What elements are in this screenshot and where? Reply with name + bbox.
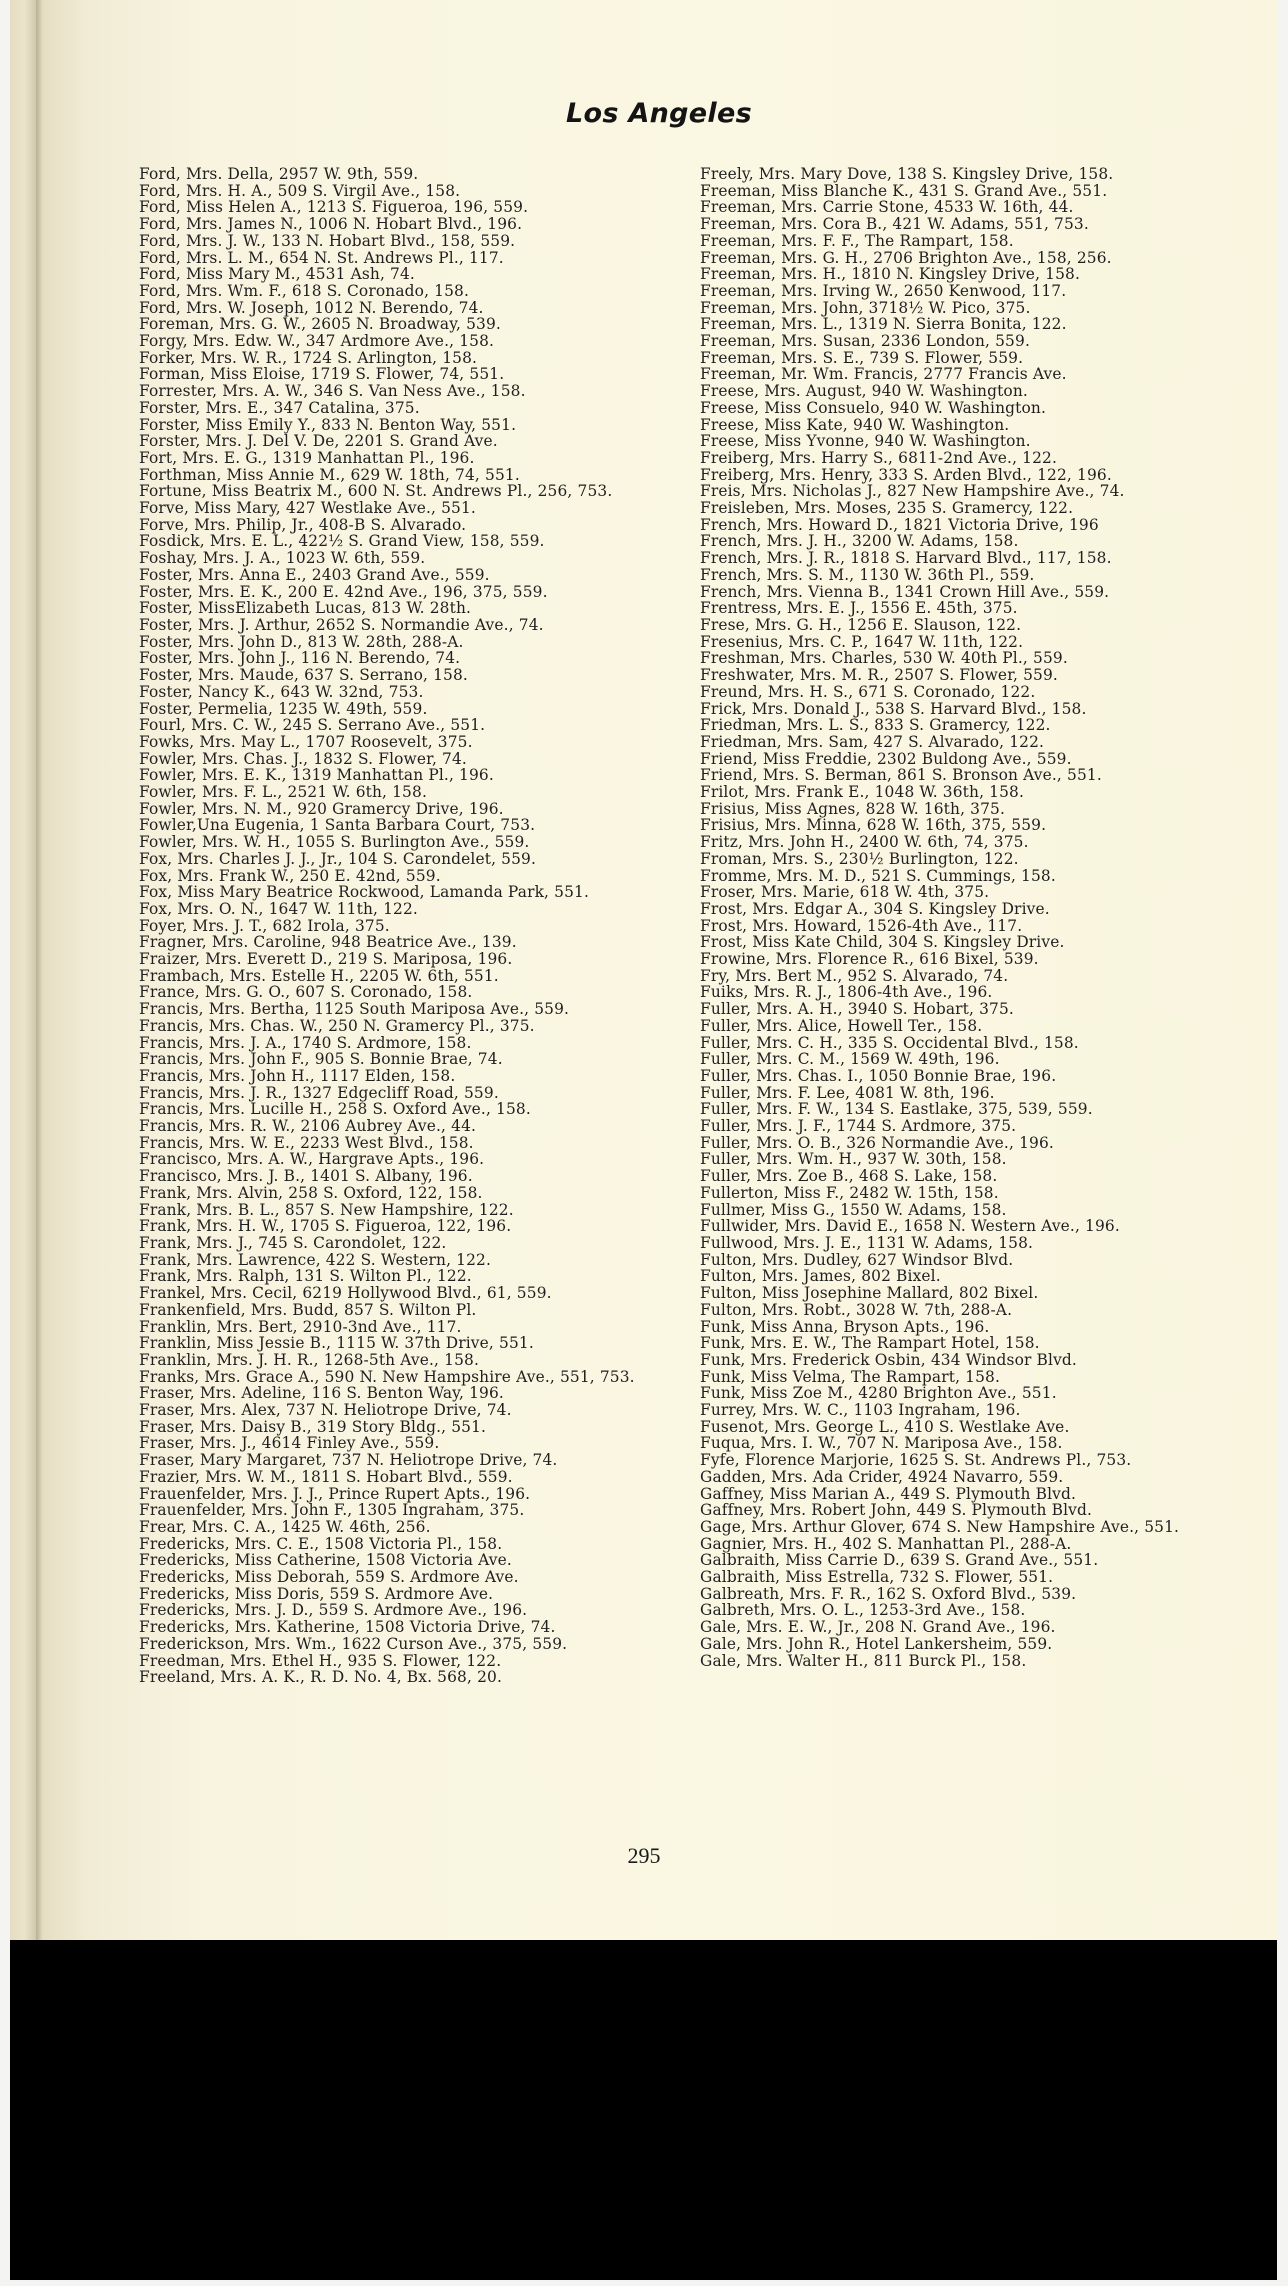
directory-entry: Freeman, Mrs. Cora B., 421 W. Adams, 551… [700, 216, 1222, 233]
directory-entry: Fredericks, Mrs. Katherine, 1508 Victori… [139, 1619, 659, 1636]
directory-entry: Forthman, Miss Annie M., 629 W. 18th, 74… [139, 467, 659, 484]
directory-entry: Gaffney, Miss Marian A., 449 S. Plymouth… [700, 1486, 1222, 1503]
directory-entry: Frederickson, Mrs. Wm., 1622 Curson Ave.… [139, 1636, 659, 1653]
directory-entry: Fowler, Mrs. N. M., 920 Gramercy Drive, … [139, 801, 659, 818]
directory-entry: Foster, Mrs. E. K., 200 E. 42nd Ave., 19… [139, 584, 659, 601]
directory-entry: Galbreath, Mrs. F. R., 162 S. Oxford Blv… [700, 1586, 1222, 1603]
directory-entry: Fox, Miss Mary Beatrice Rockwood, Lamand… [139, 884, 659, 901]
directory-entry: Freeman, Mrs. S. E., 739 S. Flower, 559. [700, 350, 1222, 367]
directory-entry: Gale, Mrs. Walter H., 811 Burck Pl., 158… [700, 1653, 1222, 1670]
page-title-text: Los Angeles [566, 98, 752, 129]
directory-entry: Fulton, Mrs. James, 802 Bixel. [700, 1268, 1222, 1285]
directory-entry: Frear, Mrs. C. A., 1425 W. 46th, 256. [139, 1519, 659, 1536]
directory-entry: Fuller, Mrs. C. H., 335 S. Occidental Bl… [700, 1035, 1222, 1052]
directory-entry: Frilot, Mrs. Frank E., 1048 W. 36th, 158… [700, 784, 1222, 801]
directory-entry: Frazier, Mrs. W. M., 1811 S. Hobart Blvd… [139, 1469, 659, 1486]
directory-entry: Fraser, Mrs. Alex, 737 N. Heliotrope Dri… [139, 1402, 659, 1419]
directory-entry: Forve, Mrs. Philip, Jr., 408-B S. Alvara… [139, 517, 659, 534]
directory-entry: Freeman, Mrs. H., 1810 N. Kingsley Drive… [700, 266, 1222, 283]
directory-entry: Foster, Mrs. Anna E., 2403 Grand Ave., 5… [139, 567, 659, 584]
directory-entry: Freese, Miss Consuelo, 940 W. Washington… [700, 400, 1222, 417]
directory-entry: Friend, Miss Freddie, 2302 Buldong Ave.,… [700, 751, 1222, 768]
directory-entry: Funk, Miss Velma, The Rampart, 158. [700, 1369, 1222, 1386]
directory-entry: Foyer, Mrs. J. T., 682 Irola, 375. [139, 918, 659, 935]
directory-entry: Frank, Mrs. J., 745 S. Carondolet, 122. [139, 1235, 659, 1252]
directory-entry: Ford, Mrs. Wm. F., 618 S. Coronado, 158. [139, 283, 659, 300]
directory-entry: Franklin, Mrs. Bert, 2910-3nd Ave., 117. [139, 1319, 659, 1336]
directory-entry: Fraser, Mary Margaret, 737 N. Heliotrope… [139, 1452, 659, 1469]
directory-entry: Ford, Mrs. W. Joseph, 1012 N. Berendo, 7… [139, 300, 659, 317]
directory-entry: Fortune, Miss Beatrix M., 600 N. St. And… [139, 483, 659, 500]
directory-entry: Fuqua, Mrs. I. W., 707 N. Mariposa Ave.,… [700, 1435, 1222, 1452]
directory-entry: Frauenfelder, Mrs. J. J., Prince Rupert … [139, 1486, 659, 1503]
directory-entry: Foster, Permelia, 1235 W. 49th, 559. [139, 701, 659, 718]
directory-entry: Fowler, Mrs. F. L., 2521 W. 6th, 158. [139, 784, 659, 801]
directory-entry: Friend, Mrs. S. Berman, 861 S. Bronson A… [700, 767, 1222, 784]
directory-entry: Forster, Mrs. E., 347 Catalina, 375. [139, 400, 659, 417]
directory-entry: Freese, Miss Kate, 940 W. Washington. [700, 417, 1222, 434]
directory-entry: Ford, Mrs. Della, 2957 W. 9th, 559. [139, 166, 659, 183]
directory-entry: Fuller, Mrs. J. F., 1744 S. Ardmore, 375… [700, 1118, 1222, 1135]
directory-entry: Freese, Mrs. August, 940 W. Washington. [700, 383, 1222, 400]
directory-entry: France, Mrs. G. O., 607 S. Coronado, 158… [139, 984, 659, 1001]
directory-entry: Frambach, Mrs. Estelle H., 2205 W. 6th, … [139, 968, 659, 985]
directory-entry: Freeman, Mrs. John, 3718½ W. Pico, 375. [700, 300, 1222, 317]
directory-entry: Frank, Mrs. Ralph, 131 S. Wilton Pl., 12… [139, 1268, 659, 1285]
directory-entry: Fuller, Mrs. C. M., 1569 W. 49th, 196. [700, 1051, 1222, 1068]
directory-entry: Frost, Mrs. Howard, 1526-4th Ave., 117. [700, 918, 1222, 935]
directory-entry: Fox, Mrs. Charles J. J., Jr., 104 S. Car… [139, 851, 659, 868]
directory-entry: Fresenius, Mrs. C. P., 1647 W. 11th, 122… [700, 634, 1222, 651]
directory-entry: Fulton, Mrs. Dudley, 627 Windsor Blvd. [700, 1252, 1222, 1269]
directory-entry: Franks, Mrs. Grace A., 590 N. New Hampsh… [139, 1369, 659, 1386]
directory-entry: Funk, Miss Zoe M., 4280 Brighton Ave., 5… [700, 1385, 1222, 1402]
directory-entry: Ford, Mrs. James N., 1006 N. Hobart Blvd… [139, 216, 659, 233]
page-number: 295 [0, 1843, 1288, 1869]
page-number-text: 295 [628, 1843, 661, 1868]
directory-entry: Forman, Miss Eloise, 1719 S. Flower, 74,… [139, 366, 659, 383]
directory-entry: Fuller, Mrs. Zoe B., 468 S. Lake, 158. [700, 1168, 1222, 1185]
directory-entry: Freese, Miss Yvonne, 940 W. Washington. [700, 433, 1222, 450]
directory-entry: Freeman, Mrs. L., 1319 N. Sierra Bonita,… [700, 316, 1222, 333]
directory-entry: Frank, Mrs. Alvin, 258 S. Oxford, 122, 1… [139, 1185, 659, 1202]
directory-entry: Freiberg, Mrs. Harry S., 6811-2nd Ave., … [700, 450, 1222, 467]
directory-entry: Ford, Mrs. H. A., 509 S. Virgil Ave., 15… [139, 183, 659, 200]
directory-entry: Frese, Mrs. G. H., 1256 E. Slauson, 122. [700, 617, 1222, 634]
directory-entry: Freshwater, Mrs. M. R., 2507 S. Flower, … [700, 667, 1222, 684]
directory-entry: Foster, Mrs. John D., 813 W. 28th, 288-A… [139, 634, 659, 651]
directory-entry: Friedman, Mrs. L. S., 833 S. Gramercy, 1… [700, 717, 1222, 734]
directory-entry: Friedman, Mrs. Sam, 427 S. Alvarado, 122… [700, 734, 1222, 751]
directory-entry: Francis, Mrs. John H., 1117 Elden, 158. [139, 1068, 659, 1085]
directory-entry: Fowler, Mrs. E. K., 1319 Manhattan Pl., … [139, 767, 659, 784]
directory-entry: Frank, Mrs. H. W., 1705 S. Figueroa, 122… [139, 1218, 659, 1235]
directory-entry: Francis, Mrs. J. R., 1327 Edgecliff Road… [139, 1085, 659, 1102]
directory-entry: Foshay, Mrs. J. A., 1023 W. 6th, 559. [139, 550, 659, 567]
directory-entry: Fuller, Mrs. Chas. I., 1050 Bonnie Brae,… [700, 1068, 1222, 1085]
directory-entry: French, Mrs. J. H., 3200 W. Adams, 158. [700, 533, 1222, 550]
directory-entry: Forve, Miss Mary, 427 Westlake Ave., 551… [139, 500, 659, 517]
directory-entry: Fredericks, Miss Deborah, 559 S. Ardmore… [139, 1569, 659, 1586]
directory-entry: Frisius, Mrs. Minna, 628 W. 16th, 375, 5… [700, 817, 1222, 834]
directory-entry: Fuller, Mrs. A. H., 3940 S. Hobart, 375. [700, 1001, 1222, 1018]
directory-entry: Ford, Mrs. J. W., 133 N. Hobart Blvd., 1… [139, 233, 659, 250]
directory-entry: Funk, Mrs. Frederick Osbin, 434 Windsor … [700, 1352, 1222, 1369]
directory-entry: Fraizer, Mrs. Everett D., 219 S. Maripos… [139, 951, 659, 968]
directory-entry: Franklin, Mrs. J. H. R., 1268-5th Ave., … [139, 1352, 659, 1369]
directory-entry: Fox, Mrs. Frank W., 250 E. 42nd, 559. [139, 868, 659, 885]
directory-entry: Freisleben, Mrs. Moses, 235 S. Gramercy,… [700, 500, 1222, 517]
directory-entry: Freeman, Mrs. F. F., The Rampart, 158. [700, 233, 1222, 250]
directory-entry: Fuller, Mrs. F. W., 134 S. Eastlake, 375… [700, 1101, 1222, 1118]
left-column-entries: Ford, Mrs. Della, 2957 W. 9th, 559.Ford,… [139, 166, 659, 1686]
directory-entry: Forrester, Mrs. A. W., 346 S. Van Ness A… [139, 383, 659, 400]
directory-entry: Galbraith, Miss Estrella, 732 S. Flower,… [700, 1569, 1222, 1586]
directory-entry: Fritz, Mrs. John H., 2400 W. 6th, 74, 37… [700, 834, 1222, 851]
directory-entry: Fragner, Mrs. Caroline, 948 Beatrice Ave… [139, 934, 659, 951]
directory-entry: Foster, Mrs. J. Arthur, 2652 S. Normandi… [139, 617, 659, 634]
directory-entry: Francisco, Mrs. A. W., Hargrave Apts., 1… [139, 1151, 659, 1168]
directory-entry: Freeman, Mrs. Irving W., 2650 Kenwood, 1… [700, 283, 1222, 300]
directory-entry: Freshman, Mrs. Charles, 530 W. 40th Pl.,… [700, 650, 1222, 667]
directory-entry: Fraser, Mrs. Adeline, 116 S. Benton Way,… [139, 1385, 659, 1402]
directory-entry: Galbreth, Mrs. O. L., 1253-3rd Ave., 158… [700, 1602, 1222, 1619]
directory-entry: Frowine, Mrs. Florence R., 616 Bixel, 53… [700, 951, 1222, 968]
directory-entry: Gadden, Mrs. Ada Crider, 4924 Navarro, 5… [700, 1469, 1222, 1486]
directory-entry: Fredericks, Mrs. C. E., 1508 Victoria Pl… [139, 1536, 659, 1553]
directory-entry: Francisco, Mrs. J. B., 1401 S. Albany, 1… [139, 1168, 659, 1185]
directory-entry: Freeman, Mrs. G. H., 2706 Brighton Ave.,… [700, 250, 1222, 267]
directory-entry: Freiberg, Mrs. Henry, 333 S. Arden Blvd.… [700, 467, 1222, 484]
directory-entry: Francis, Mrs. W. E., 2233 West Blvd., 15… [139, 1135, 659, 1152]
directory-entry: Forster, Miss Emily Y., 833 N. Benton Wa… [139, 417, 659, 434]
page-spine-shadow [36, 0, 42, 1940]
directory-entry: Fuller, Mrs. O. B., 326 Normandie Ave., … [700, 1135, 1222, 1152]
directory-entry: Fullwider, Mrs. David E., 1658 N. Wester… [700, 1218, 1222, 1235]
directory-entry: Franklin, Miss Jessie B., 1115 W. 37th D… [139, 1335, 659, 1352]
directory-entry: Frankel, Mrs. Cecil, 6219 Hollywood Blvd… [139, 1285, 659, 1302]
directory-entry: Ford, Miss Mary M., 4531 Ash, 74. [139, 266, 659, 283]
directory-entry: French, Mrs. J. R., 1818 S. Harvard Blvd… [700, 550, 1222, 567]
directory-entry: Fredericks, Miss Doris, 559 S. Ardmore A… [139, 1586, 659, 1603]
directory-entry: Frauenfelder, Mrs. John F., 1305 Ingraha… [139, 1502, 659, 1519]
directory-entry: Freeland, Mrs. A. K., R. D. No. 4, Bx. 5… [139, 1669, 659, 1686]
directory-entry: Fowler, Mrs. Chas. J., 1832 S. Flower, 7… [139, 751, 659, 768]
directory-entry: Frentress, Mrs. E. J., 1556 E. 45th, 375… [700, 600, 1222, 617]
directory-entry: Ford, Miss Helen A., 1213 S. Figueroa, 1… [139, 199, 659, 216]
directory-entry: Gage, Mrs. Arthur Glover, 674 S. New Ham… [700, 1519, 1222, 1536]
directory-entry: Fusenot, Mrs. George L., 410 S. Westlake… [700, 1419, 1222, 1436]
directory-entry: Freis, Mrs. Nicholas J., 827 New Hampshi… [700, 483, 1222, 500]
directory-entry: Furrey, Mrs. W. C., 1103 Ingraham, 196. [700, 1402, 1222, 1419]
directory-entry: Francis, Mrs. John F., 905 S. Bonnie Bra… [139, 1051, 659, 1068]
directory-entry: Fulton, Miss Josephine Mallard, 802 Bixe… [700, 1285, 1222, 1302]
directory-entry: Froman, Mrs. S., 230½ Burlington, 122. [700, 851, 1222, 868]
directory-entry: Foster, Nancy K., 643 W. 32nd, 753. [139, 684, 659, 701]
directory-entry: Fyfe, Florence Marjorie, 1625 S. St. And… [700, 1452, 1222, 1469]
directory-entry: Galbraith, Miss Carrie D., 639 S. Grand … [700, 1552, 1222, 1569]
directory-entry: Francis, Mrs. J. A., 1740 S. Ardmore, 15… [139, 1035, 659, 1052]
directory-entry: French, Mrs. S. M., 1130 W. 36th Pl., 55… [700, 567, 1222, 584]
right-column-entries: Freely, Mrs. Mary Dove, 138 S. Kingsley … [700, 166, 1222, 1669]
directory-entry: Fullmer, Miss G., 1550 W. Adams, 158. [700, 1202, 1222, 1219]
directory-entry: Fulton, Mrs. Robt., 3028 W. 7th, 288-A. [700, 1302, 1222, 1319]
directory-entry: Gaffney, Mrs. Robert John, 449 S. Plymou… [700, 1502, 1222, 1519]
directory-entry: Frick, Mrs. Donald J., 538 S. Harvard Bl… [700, 701, 1222, 718]
directory-entry: Gale, Mrs. E. W., Jr., 208 N. Grand Ave.… [700, 1619, 1222, 1636]
directory-entry: Foreman, Mrs. G. W., 2605 N. Broadway, 5… [139, 316, 659, 333]
directory-entry: Fry, Mrs. Bert M., 952 S. Alvarado, 74. [700, 968, 1222, 985]
directory-entry: Ford, Mrs. L. M., 654 N. St. Andrews Pl.… [139, 250, 659, 267]
directory-entry: Frank, Mrs. Lawrence, 422 S. Western, 12… [139, 1252, 659, 1269]
directory-entry: French, Mrs. Vienna B., 1341 Crown Hill … [700, 584, 1222, 601]
directory-entry: Foster, Mrs. John J., 116 N. Berendo, 74… [139, 650, 659, 667]
directory-entry: Funk, Mrs. E. W., The Rampart Hotel, 158… [700, 1335, 1222, 1352]
directory-entry: Forgy, Mrs. Edw. W., 347 Ardmore Ave., 1… [139, 333, 659, 350]
directory-entry: Fox, Mrs. O. N., 1647 W. 11th, 122. [139, 901, 659, 918]
directory-entry: Francis, Mrs. Chas. W., 250 N. Gramercy … [139, 1018, 659, 1035]
directory-entry: Fraser, Mrs. Daisy B., 319 Story Bldg., … [139, 1419, 659, 1436]
page-title: Los Angeles [0, 98, 1288, 129]
directory-entry: Frost, Miss Kate Child, 304 S. Kingsley … [700, 934, 1222, 951]
directory-entry: Freeman, Mrs. Carrie Stone, 4533 W. 16th… [700, 199, 1222, 216]
directory-entry: Freeman, Mr. Wm. Francis, 2777 Francis A… [700, 366, 1222, 383]
directory-entry: Fowler, Mrs. W. H., 1055 S. Burlington A… [139, 834, 659, 851]
directory-entry: Fuiks, Mrs. R. J., 1806-4th Ave., 196. [700, 984, 1222, 1001]
directory-entry: Fuller, Mrs. F. Lee, 4081 W. 8th, 196. [700, 1085, 1222, 1102]
directory-entry: Frost, Mrs. Edgar A., 304 S. Kingsley Dr… [700, 901, 1222, 918]
directory-entry: Freeman, Miss Blanche K., 431 S. Grand A… [700, 183, 1222, 200]
directory-entry: Francis, Mrs. R. W., 2106 Aubrey Ave., 4… [139, 1118, 659, 1135]
directory-entry: Fuller, Mrs. Alice, Howell Ter., 158. [700, 1018, 1222, 1035]
directory-entry: Fromme, Mrs. M. D., 521 S. Cummings, 158… [700, 868, 1222, 885]
directory-entry: Frank, Mrs. B. L., 857 S. New Hampshire,… [139, 1202, 659, 1219]
directory-entry: Forster, Mrs. J. Del V. De, 2201 S. Gran… [139, 433, 659, 450]
directory-entry: Fraser, Mrs. J., 4614 Finley Ave., 559. [139, 1435, 659, 1452]
directory-entry: Gale, Mrs. John R., Hotel Lankersheim, 5… [700, 1636, 1222, 1653]
directory-entry: Fourl, Mrs. C. W., 245 S. Serrano Ave., … [139, 717, 659, 734]
directory-entry: Frankenfield, Mrs. Budd, 857 S. Wilton P… [139, 1302, 659, 1319]
directory-entry: Fullwood, Mrs. J. E., 1131 W. Adams, 158… [700, 1235, 1222, 1252]
directory-entry: Fuller, Mrs. Wm. H., 937 W. 30th, 158. [700, 1151, 1222, 1168]
directory-entry: French, Mrs. Howard D., 1821 Victoria Dr… [700, 517, 1222, 534]
directory-entry: Foster, MissElizabeth Lucas, 813 W. 28th… [139, 600, 659, 617]
directory-entry: Fredericks, Mrs. J. D., 559 S. Ardmore A… [139, 1602, 659, 1619]
directory-entry: Frisius, Miss Agnes, 828 W. 16th, 375. [700, 801, 1222, 818]
directory-entry: Foster, Mrs. Maude, 637 S. Serrano, 158. [139, 667, 659, 684]
directory-entry: Fullerton, Miss F., 2482 W. 15th, 158. [700, 1185, 1222, 1202]
directory-entry: Gagnier, Mrs. H., 402 S. Manhattan Pl., … [700, 1536, 1222, 1553]
directory-entry: Freedman, Mrs. Ethel H., 935 S. Flower, … [139, 1653, 659, 1670]
directory-entry: Freeman, Mrs. Susan, 2336 London, 559. [700, 333, 1222, 350]
directory-entry: Fosdick, Mrs. E. L., 422½ S. Grand View,… [139, 533, 659, 550]
directory-entry: Fowks, Mrs. May L., 1707 Roosevelt, 375. [139, 734, 659, 751]
directory-entry: Funk, Miss Anna, Bryson Apts., 196. [700, 1319, 1222, 1336]
directory-entry: Froser, Mrs. Marie, 618 W. 4th, 375. [700, 884, 1222, 901]
directory-entry: Fredericks, Miss Catherine, 1508 Victori… [139, 1552, 659, 1569]
directory-entry: Freund, Mrs. H. S., 671 S. Coronado, 122… [700, 684, 1222, 701]
directory-entry: Francis, Mrs. Bertha, 1125 South Maripos… [139, 1001, 659, 1018]
directory-entry: Fowler,Una Eugenia, 1 Santa Barbara Cour… [139, 817, 659, 834]
directory-entry: Forker, Mrs. W. R., 1724 S. Arlington, 1… [139, 350, 659, 367]
directory-entry: Fort, Mrs. E. G., 1319 Manhattan Pl., 19… [139, 450, 659, 467]
directory-entry: Francis, Mrs. Lucille H., 258 S. Oxford … [139, 1101, 659, 1118]
directory-entry: Freely, Mrs. Mary Dove, 138 S. Kingsley … [700, 166, 1222, 183]
